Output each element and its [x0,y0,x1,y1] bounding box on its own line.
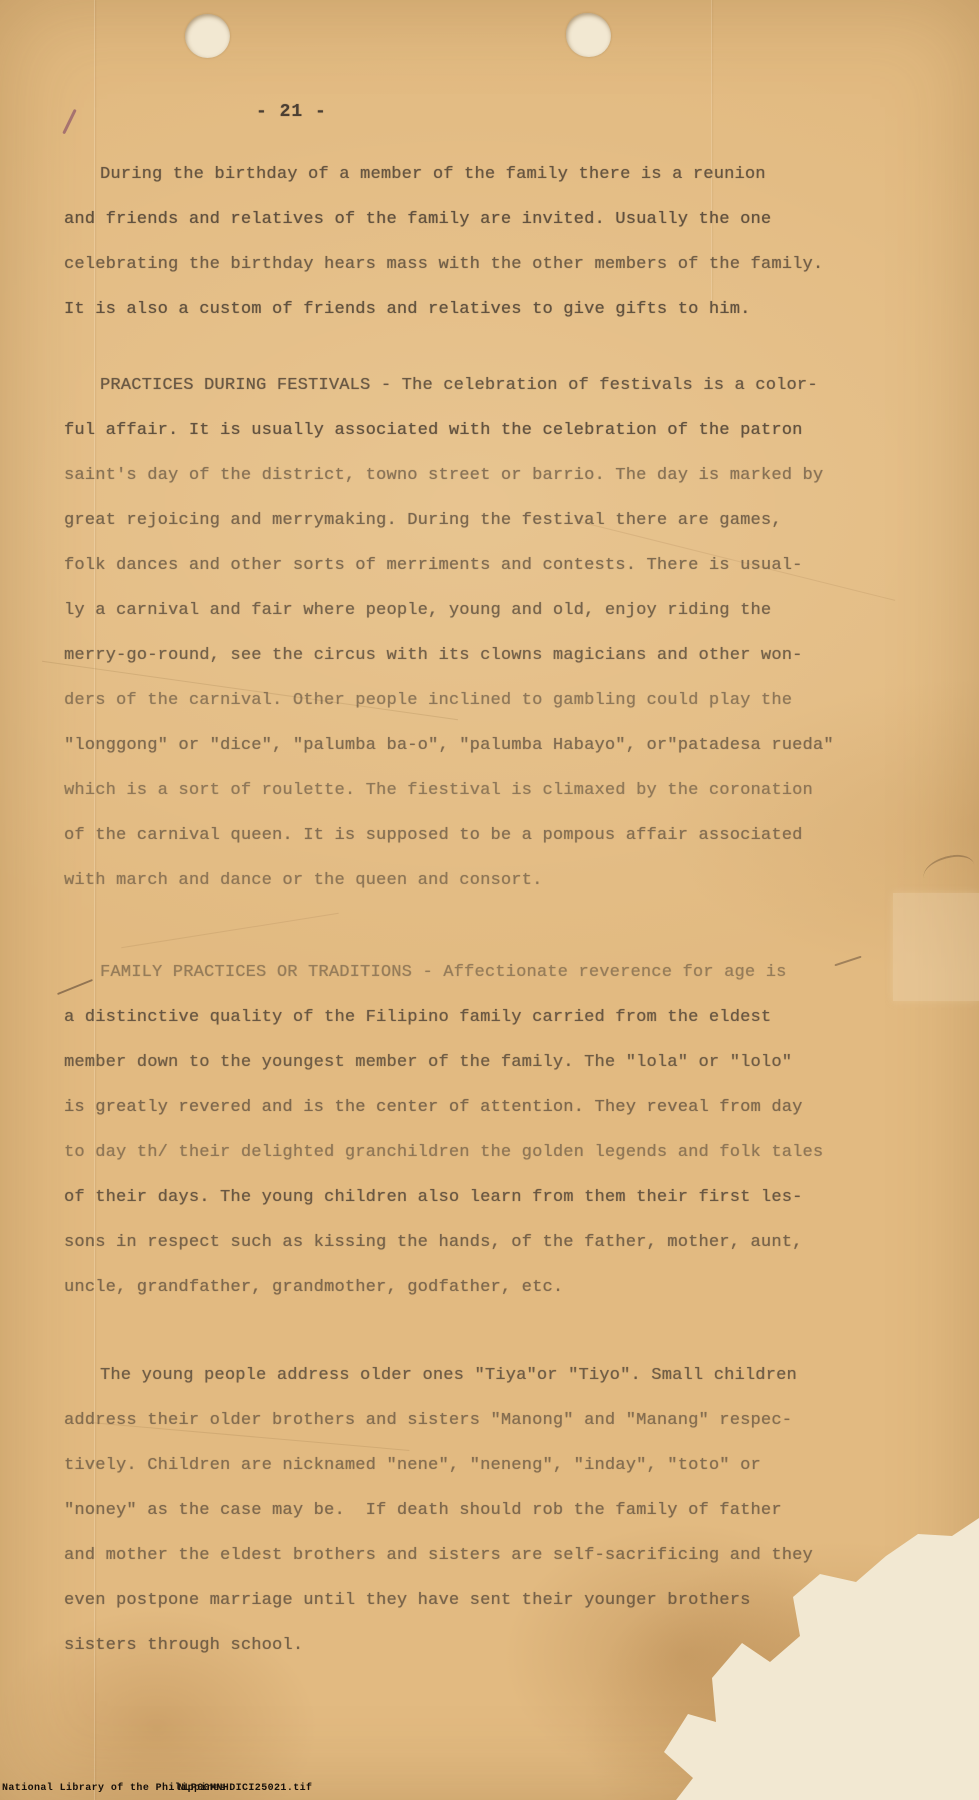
typed-line: tively. Children are nicknamed "nene", "… [64,1443,944,1488]
typed-line: which is a sort of roulette. The fiestiv… [64,768,944,813]
typed-line: "noney" as the case may be. If death sho… [64,1488,944,1533]
typed-line: During the birthday of a member of the f… [64,152,944,197]
typed-line: PRACTICES DURING FESTIVALS - The celebra… [64,363,944,408]
typed-line: ly a carnival and fair where people, you… [64,588,944,633]
typed-line: uncle, grandfather, grandmother, godfath… [64,1265,944,1310]
scan-filename: NLP00MNHDICI25021.tif [178,1783,312,1794]
typed-line: ders of the carnival. Other people incli… [64,678,944,723]
typed-line: great rejoicing and merrymaking. During … [64,498,944,543]
typed-line: FAMILY PRACTICES OR TRADITIONS - Affecti… [64,950,944,995]
typed-line: of their days. The young children also l… [64,1175,944,1220]
typed-line: sisters through school. [64,1623,944,1668]
typed-line: celebrating the birthday hears mass with… [64,242,944,287]
typed-line: and friends and relatives of the family … [64,197,944,242]
typed-line: of the carnival queen. It is supposed to… [64,813,944,858]
typed-line: a distinctive quality of the Filipino fa… [64,995,944,1040]
typed-line: merry-go-round, see the circus with its … [64,633,944,678]
page-number: - 21 - [256,102,327,122]
typed-line: and mother the eldest brothers and siste… [64,1533,944,1578]
typed-line: "longgong" or "dice", "palumba ba-o", "p… [64,723,944,768]
paragraph-address-customs: The young people address older ones "Tiy… [64,1353,944,1668]
typed-line: even postpone marriage until they have s… [64,1578,944,1623]
typed-line: The young people address older ones "Tiy… [64,1353,944,1398]
typed-line: ful affair. It is usually associated wit… [64,408,944,453]
paragraph-family-traditions: FAMILY PRACTICES OR TRADITIONS - Affecti… [64,950,944,1310]
typed-line: sons in respect such as kissing the hand… [64,1220,944,1265]
scan-footer: National Library of the Philippines NLP0… [0,1781,979,1800]
typed-line: is greatly revered and is the center of … [64,1085,944,1130]
typed-text: - 21 - During the birthday of a member o… [0,0,979,1800]
typed-line: saint's day of the district, towno stree… [64,453,944,498]
paragraph-festival-practices: PRACTICES DURING FESTIVALS - The celebra… [64,363,944,903]
typed-line: with march and dance or the queen and co… [64,858,944,903]
typed-line: to day th/ their delighted granchildren … [64,1130,944,1175]
paragraph-birthday-practices: During the birthday of a member of the f… [64,152,944,332]
typed-line: folk dances and other sorts of merriment… [64,543,944,588]
typed-line: address their older brothers and sisters… [64,1398,944,1443]
typed-line: It is also a custom of friends and relat… [64,287,944,332]
typed-line: member down to the youngest member of th… [64,1040,944,1085]
scan-page: { "page": { "number_label": "- 21 -", "p… [0,0,979,1800]
